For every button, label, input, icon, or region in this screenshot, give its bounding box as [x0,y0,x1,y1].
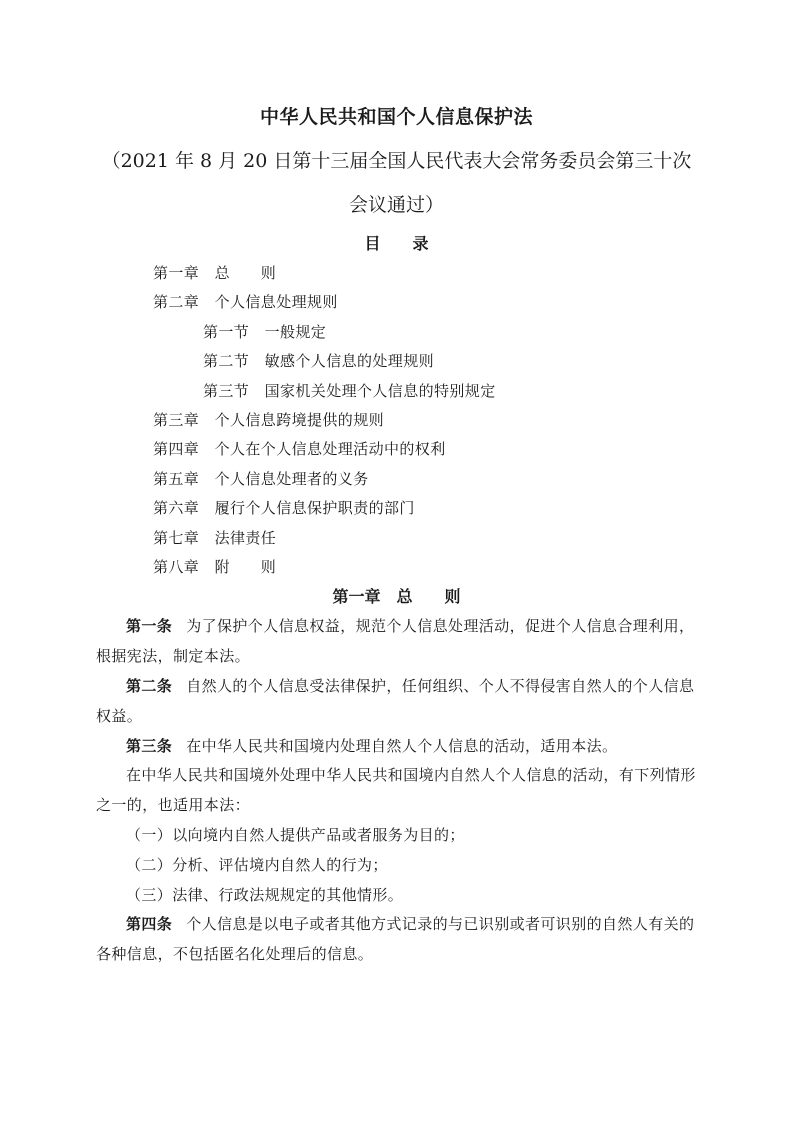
toc-item-chapter-8: 第八章 附 则 [96,553,697,582]
article-list-item: （一）以向境内自然人提供产品或者服务为目的； [96,821,697,851]
toc-item-section-2-1: 第一节 一般规定 [96,318,697,347]
article-text: 为了保护个人信息权益，规范个人信息处理活动，促进个人信息合理利用， [186,617,694,635]
document-page: 中华人民共和国个人信息保护法 （2021 年 8 月 20 日第十三届全国人民代… [0,0,793,1122]
toc-item-chapter-6: 第六章 履行个人信息保护职责的部门 [96,494,697,523]
article-number: 第三条 [126,737,172,755]
toc-item-section-2-2: 第二节 敏感个人信息的处理规则 [96,347,697,376]
article-list-item: （三）法律、行政法规规定的其他情形。 [96,881,697,911]
toc-item-chapter-2: 第二章 个人信息处理规则 [96,288,697,317]
article-paragraph: 第四条个人信息是以电子或者其他方式记录的与已识别或者可识别的自然人有关的 各种信… [96,910,697,970]
article-number: 第四条 [126,915,172,933]
text-line: 第四条个人信息是以电子或者其他方式记录的与已识别或者可识别的自然人有关的 [96,910,697,940]
page-title: 中华人民共和国个人信息保护法 [96,102,697,132]
toc-item-chapter-1: 第一章 总 则 [96,259,697,288]
subtitle-line: （2021 年 8 月 20 日第十三届全国人民代表大会常务委员会第三十次 [96,139,697,183]
chapter-1-body: 第一条为了保护个人信息权益，规范个人信息处理活动，促进个人信息合理利用， 根据宪… [96,612,697,970]
table-of-contents: 第一章 总 则 第二章 个人信息处理规则 第一节 一般规定 第二节 敏感个人信息… [96,259,697,582]
article-text: 在中华人民共和国境内处理自然人个人信息的活动，适用本法。 [186,737,617,755]
article-list-item: （二）分析、评估境内自然人的行为； [96,851,697,881]
text-line: （二）分析、评估境内自然人的行为； [96,851,697,881]
text-line: （三）法律、行政法规规定的其他情形。 [96,881,697,911]
subtitle-line: 会议通过） [96,183,697,227]
article-paragraph: 第一条为了保护个人信息权益，规范个人信息处理活动，促进个人信息合理利用， 根据宪… [96,612,697,672]
toc-item-chapter-5: 第五章 个人信息处理者的义务 [96,465,697,494]
toc-item-chapter-4: 第四章 个人在个人信息处理活动中的权利 [96,435,697,464]
toc-item-chapter-3: 第三章 个人信息跨境提供的规则 [96,406,697,435]
text-line: 在中华人民共和国境外处理中华人民共和国境内自然人个人信息的活动，有下列情形 [96,761,697,791]
text-line: 第二条自然人的个人信息受法律保护，任何组织、个人不得侵害自然人的个人信息 [96,672,697,702]
text-line: 之一的，也适用本法： [96,791,697,821]
article-number: 第二条 [126,677,172,695]
text-line: 权益。 [96,702,697,732]
toc-item-chapter-7: 第七章 法律责任 [96,524,697,553]
text-line: 第三条在中华人民共和国境内处理自然人个人信息的活动，适用本法。 [96,732,697,762]
article-text: 自然人的个人信息受法律保护，任何组织、个人不得侵害自然人的个人信息 [186,677,694,695]
toc-heading: 目 录 [96,229,697,259]
article-paragraph: 第三条在中华人民共和国境内处理自然人个人信息的活动，适用本法。 [96,732,697,762]
document-subtitle: （2021 年 8 月 20 日第十三届全国人民代表大会常务委员会第三十次会议通… [96,139,697,227]
toc-item-section-2-3: 第三节 国家机关处理个人信息的特别规定 [96,377,697,406]
text-line: 根据宪法，制定本法。 [96,642,697,672]
article-paragraph: 在中华人民共和国境外处理中华人民共和国境内自然人个人信息的活动，有下列情形 之一… [96,761,697,821]
text-line: （一）以向境内自然人提供产品或者服务为目的； [96,821,697,851]
text-line: 第一条为了保护个人信息权益，规范个人信息处理活动，促进个人信息合理利用， [96,612,697,642]
article-text: 个人信息是以电子或者其他方式记录的与已识别或者可识别的自然人有关的 [186,915,694,933]
article-paragraph: 第二条自然人的个人信息受法律保护，任何组织、个人不得侵害自然人的个人信息 权益。 [96,672,697,732]
article-number: 第一条 [126,617,172,635]
text-line: 各种信息，不包括匿名化处理后的信息。 [96,940,697,970]
chapter-1-heading: 第一章 总 则 [96,582,697,612]
